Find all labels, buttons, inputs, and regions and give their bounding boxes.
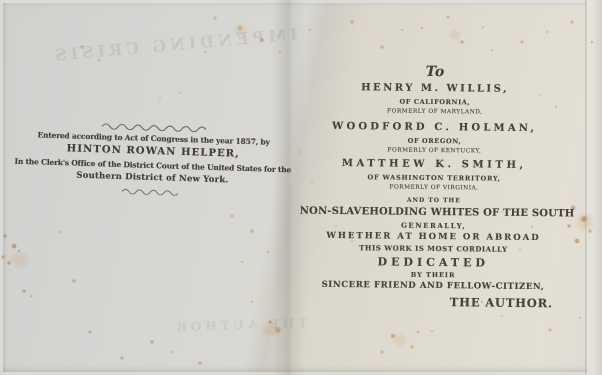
dedicatee-origin: FORMERLY OF KENTUCKY, — [300, 147, 568, 156]
cordially-line: THIS WORK IS MOST CORDIALLY — [299, 243, 567, 255]
whether-line: WHETHER AT HOME OR ABROAD — [299, 231, 567, 244]
page-edge — [585, 0, 602, 375]
dedicated-line: DEDICATED — [299, 255, 567, 271]
dedicatee-name: MATTHEW K. SMITH, — [300, 158, 568, 172]
and-to-the-line: AND TO THE — [300, 196, 568, 206]
copyright-block: Entered according to Act of Congress in … — [7, 119, 299, 199]
dedicatee-origin: FORMERLY OF MARYLAND, — [301, 108, 569, 117]
by-their-line: BY THEIR — [299, 270, 567, 281]
dedicatee-origin: FORMERLY OF VIRGINIA, — [300, 184, 568, 193]
dedicatee-name: HENRY M. WILLIS, — [301, 82, 569, 96]
friend-line: SINCERE FRIEND AND FELLOW-CITIZEN, — [299, 280, 567, 293]
dedication-salutation: To — [301, 63, 569, 82]
dedicatee-name: WOODFORD C. HOLMAN, — [301, 121, 569, 135]
open-book-photo: IMPENDING CRISIS Entered according to Ac… — [0, 0, 602, 375]
generally-line: GENERALLY, — [300, 220, 568, 232]
wavy-rule-bottom — [120, 188, 184, 196]
group-dedicatee-line: NON-SLAVEHOLDING WHITES OF THE SOUTH — [300, 206, 568, 220]
dedicatee-residence: OF OREGON, — [300, 136, 568, 147]
author-signature-line: THE AUTHOR. — [299, 294, 567, 311]
dedicatee-residence: OF CALIFORNIA, — [301, 97, 569, 108]
ghost-showthrough-text-top: IMPENDING CRISIS — [78, 24, 299, 62]
dedicatee-residence: OF WASHINGTON TERRITORY, — [300, 173, 568, 184]
wavy-rule-top — [100, 122, 208, 132]
dedication-block: To HENRY M. WILLIS, OF CALIFORNIA, FORME… — [298, 0, 570, 375]
